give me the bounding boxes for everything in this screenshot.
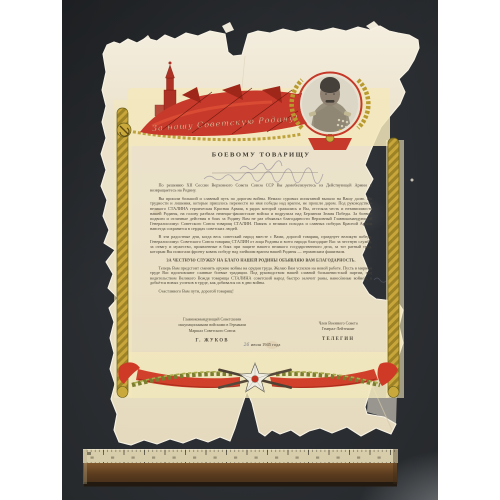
document-title: БОЕВОМУ ТОВАРИЩУ: [150, 151, 372, 158]
gratitude-line: ЗА ЧЕСТНУЮ СЛУЖБУ НА БЛАГО НАШЕЙ РОДИНЫ …: [150, 258, 372, 263]
signature-right-name: ТЕЛЕГИН: [300, 336, 376, 342]
photograph-background: За нашу Советскую Родину!: [62, 0, 438, 500]
date-line: 26июля 1945 года: [192, 342, 332, 348]
date-day-handwritten: 26: [244, 343, 250, 348]
farewell-line: Счастливого Вам пути, дорогой товарищ!: [150, 289, 372, 294]
photo-canvas: За нашу Советскую Родину!: [0, 0, 500, 500]
ruler: [83, 449, 398, 487]
date-line-wrap: 26июля 1945 года: [192, 342, 332, 353]
hammer-sickle-icon: [117, 123, 131, 137]
signature-left-role-3: Маршал Советского Союза: [166, 328, 258, 333]
letter-body: По решению XII Сессии Верховного Совета …: [150, 183, 372, 294]
signature-left: Главнокомандующий Советскими оккупационн…: [166, 317, 258, 343]
signature-left-role-2: оккупационными войсками в Германии: [166, 322, 258, 327]
paragraph-4: Теперь Вам предстоит сменить оружие войн…: [150, 266, 372, 286]
paragraph-1: По решению XII Сессии Верховного Совета …: [150, 183, 372, 193]
signature-right-wrap: Член Военного Совета Генерал-Лейтенант Т…: [300, 321, 376, 360]
signature-right-role-2: Генерал-Лейтенант: [300, 326, 376, 331]
garland-border-left: [117, 108, 128, 396]
paragraph-2: Вы прошли большой и славный путь по доро…: [150, 196, 372, 231]
date-text: июля 1945 года: [251, 342, 280, 347]
paragraph-3: В эти радостные дни, когда весь советски…: [150, 234, 372, 254]
garland-border-right: [388, 138, 399, 396]
signature-right: Член Военного Совета Генерал-Лейтенант Т…: [300, 321, 376, 342]
document-title-wrap: БОЕВОМУ ТОВАРИЩУ: [150, 151, 372, 165]
